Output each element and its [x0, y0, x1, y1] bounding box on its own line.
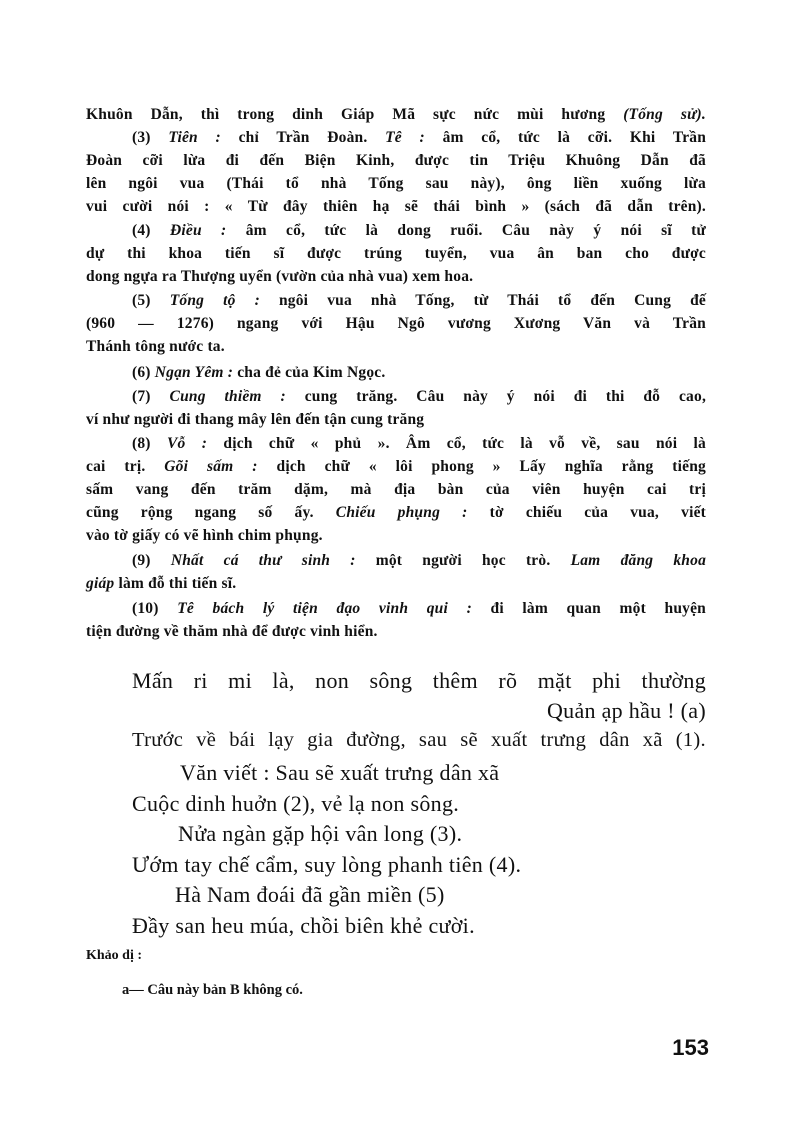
term: giáp: [86, 575, 114, 592]
note-8: (8) Vỗ : dịch chữ « phủ ». Âm cổ, tức là…: [132, 435, 706, 453]
variants-heading: Khảo dị :: [86, 948, 142, 964]
text: cung trăng. Câu này ý nói đi thi đỗ cao,: [305, 388, 706, 405]
verse-line-8: Hà Nam đoái đã gần miền (5): [175, 882, 445, 908]
text: một người học trò.: [376, 552, 551, 569]
text: ngôi vua nhà Tống, từ Thái tổ đến Cung đ…: [279, 292, 706, 309]
term: Tê bách lý tiện đạo vinh qui :: [177, 600, 472, 617]
note-number: (4): [132, 222, 151, 239]
note-8-line-4: cũng rộng ngang số ấy. Chiếu phụng : tờ …: [86, 504, 706, 522]
text: dịch chữ « phủ ». Âm cổ, tức là vỗ về, s…: [223, 435, 706, 452]
note-number: (3): [132, 129, 151, 146]
page-number: 153: [672, 1035, 709, 1061]
term: Chiếu phụng :: [336, 504, 468, 521]
note-line-1: Khuôn Dẫn, thì trong dinh Giáp Mã sực nứ…: [86, 106, 706, 124]
text: làm đỗ thi tiến sĩ.: [118, 575, 236, 592]
term: Điều :: [170, 222, 226, 239]
verse-line-3: Trước về bái lạy gia đường, sau sẽ xuất …: [132, 729, 706, 752]
text: cũng rộng ngang số ấy.: [86, 504, 314, 521]
verse-line-7: Ướm tay chế cẩm, suy lòng phanh tiên (4)…: [132, 852, 521, 878]
note-6: (6) Ngạn Yêm : cha đẻ của Kim Ngọc.: [132, 364, 385, 382]
citation: (Tống sử).: [623, 106, 706, 123]
text: chỉ Trần Đoàn.: [239, 129, 368, 146]
note-number: (8): [132, 435, 151, 452]
term: Lam đăng khoa: [571, 552, 706, 569]
note-8-line-3: sấm vang đến trăm dặm, mà địa bàn của vi…: [86, 481, 706, 499]
note-8-line-5: vào tờ giấy có vẽ hình chim phụng.: [86, 527, 323, 545]
text: cha đẻ của Kim Ngọc.: [237, 364, 385, 381]
verse-line-9: Đầy san heu múa, chồi biên khẻ cười.: [132, 913, 475, 939]
note-10: (10) Tê bách lý tiện đạo vinh qui : đi l…: [132, 600, 706, 618]
book-page: Khuôn Dẫn, thì trong dinh Giáp Mã sực nứ…: [0, 0, 793, 1123]
text: âm cổ, tức là cỡi. Khi Trần: [443, 129, 707, 146]
note-9-line-2: giáp làm đỗ thi tiến sĩ.: [86, 575, 236, 593]
text: dịch chữ « lôi phong » Lấy nghĩa rằng ti…: [277, 458, 707, 475]
verse-line-5: Cuộc dinh huởn (2), vẻ lạ non sông.: [132, 791, 459, 817]
term: Gõi sấm :: [164, 458, 257, 475]
verse-line-1: Mấn ri mi là, non sông thêm rõ mặt phi t…: [132, 668, 706, 694]
term: Tống tộ :: [170, 292, 260, 309]
term: Tê :: [385, 129, 425, 146]
text: Khuôn Dẫn, thì trong dinh Giáp Mã sực nứ…: [86, 106, 605, 123]
term: Ngạn Yêm :: [155, 364, 233, 381]
text: âm cổ, tức là dong ruổi. Câu này ý nói s…: [246, 222, 706, 239]
term: Nhất cá thư sinh :: [171, 552, 356, 569]
note-7: (7) Cung thiềm : cung trăng. Câu này ý n…: [132, 388, 706, 406]
note-5-line-3: Thánh tông nước ta.: [86, 338, 225, 356]
note-3-line-3: lên ngôi vua (Thái tổ nhà Tống sau này),…: [86, 175, 706, 193]
variant-item-a: a— Câu này bản B không có.: [122, 982, 303, 999]
note-number: (10): [132, 600, 159, 617]
note-5-line-2: (960 — 1276) ngang với Hậu Ngô vương Xươ…: [86, 315, 706, 333]
note-number: (6): [132, 364, 151, 381]
text: đi làm quan một huyện: [491, 600, 707, 617]
note-3: (3) Tiên : chỉ Trần Đoàn. Tê : âm cổ, tứ…: [132, 129, 706, 147]
note-3-line-4: vui cười nói : « Từ đây thiên hạ sẽ thái…: [86, 198, 706, 216]
note-4-line-3: dong ngựa ra Thượng uyển (vườn của nhà v…: [86, 268, 473, 286]
term: Cung thiềm :: [170, 388, 286, 405]
term: Vỗ :: [167, 435, 207, 452]
text: cai trị.: [86, 458, 145, 475]
verse-line-4: Văn viết : Sau sẽ xuất trưng dân xã: [180, 760, 499, 786]
note-4-line-2: dự thi khoa tiến sĩ được trúng tuyển, vu…: [86, 245, 706, 263]
note-7-line-2: ví như người đi thang mây lên đến tận cu…: [86, 411, 424, 429]
verse-line-6: Nửa ngàn gặp hội vân long (3).: [178, 821, 462, 847]
text: tờ chiếu của vua, viết: [490, 504, 706, 521]
note-number: (7): [132, 388, 151, 405]
term: Tiên :: [168, 129, 221, 146]
note-3-line-2: Đoàn cỡi lừa đi đến Biện Kinh, được tin …: [86, 152, 706, 170]
note-4: (4) Điều : âm cổ, tức là dong ruổi. Câu …: [132, 222, 706, 240]
note-8-line-2: cai trị. Gõi sấm : dịch chữ « lôi phong …: [86, 458, 706, 476]
note-number: (9): [132, 552, 151, 569]
note-number: (5): [132, 292, 151, 309]
verse-line-2: Quản ạp hầu ! (a): [547, 698, 706, 724]
note-9: (9) Nhất cá thư sinh : một người học trò…: [132, 552, 706, 570]
note-5: (5) Tống tộ : ngôi vua nhà Tống, từ Thái…: [132, 292, 706, 310]
note-10-line-2: tiện đường về thăm nhà để được vinh hiển…: [86, 623, 378, 641]
